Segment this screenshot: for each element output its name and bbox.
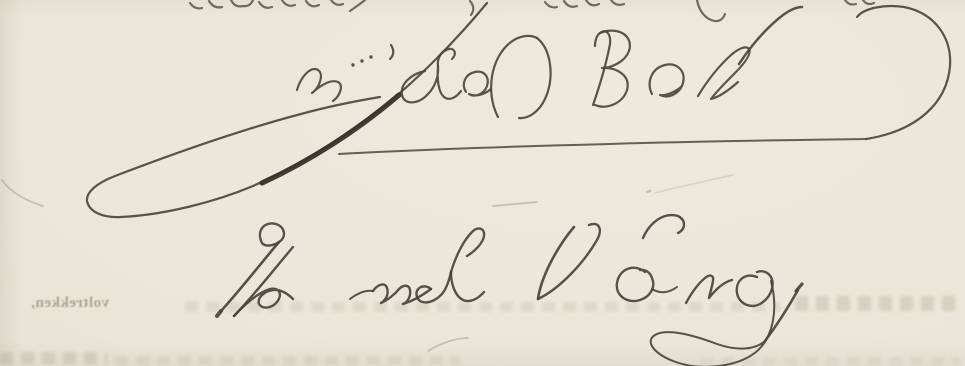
scanned-document-page: voltrekken, — [0, 0, 965, 366]
signature-j-de-bos — [2, 3, 950, 217]
handwriting-layer — [0, 0, 965, 366]
signature-h-vd-berg — [217, 215, 802, 366]
cutoff-handwriting-top-line — [190, 0, 874, 21]
